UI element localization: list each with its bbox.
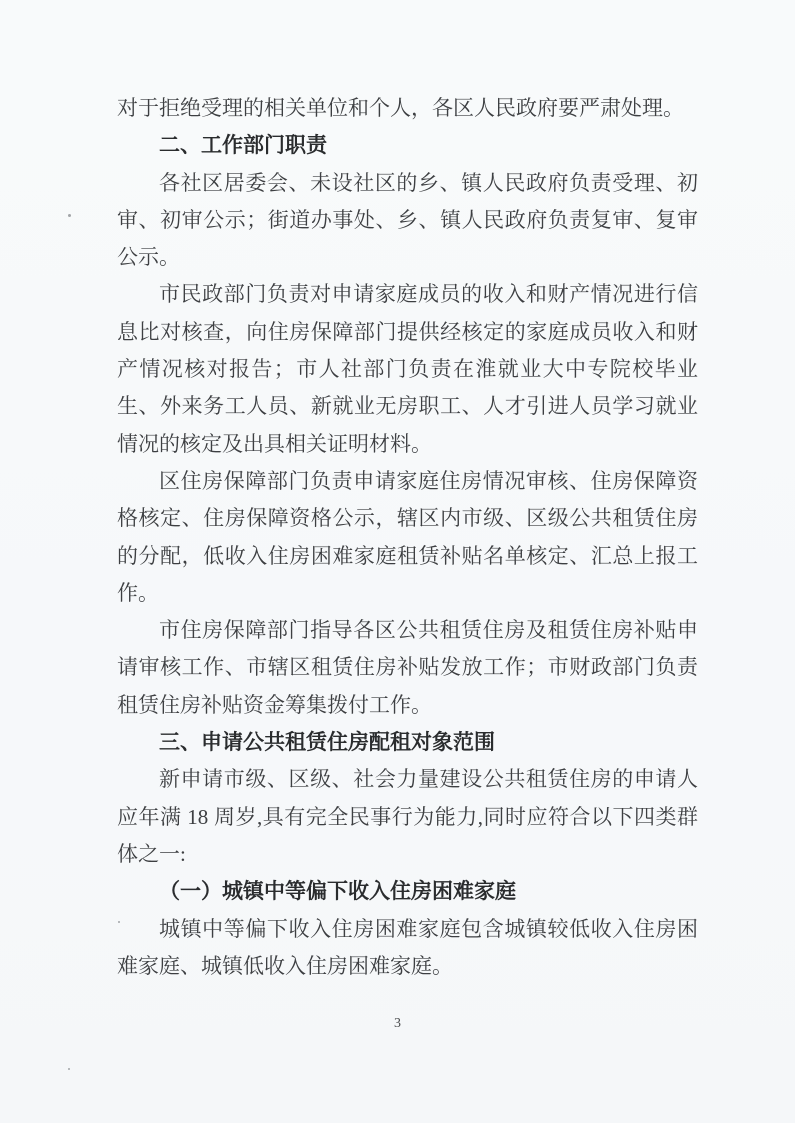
paragraph: 市住房保障部门指导各区公共租赁住房及租赁住房补贴申请审核工作、市辖区租赁住房补贴… bbox=[117, 612, 698, 724]
scan-speck bbox=[68, 1068, 70, 1070]
paragraph-continuation: 对于拒绝受理的相关单位和个人，各区人民政府要严肃处理。 bbox=[117, 90, 698, 127]
paragraph: 城镇中等偏下收入住房困难家庭包含城镇较低收入住房困难家庭、城镇低收入住房困难家庭… bbox=[117, 911, 698, 986]
section-heading-3: 三、申请公共租赁住房配租对象范围 bbox=[117, 724, 698, 761]
section-heading-2: 二、工作部门职责 bbox=[117, 127, 698, 164]
scan-speck bbox=[118, 921, 120, 923]
paragraph: 市民政部门负责对申请家庭成员的收入和财产情况进行信息比对核查，向住房保障部门提供… bbox=[117, 276, 698, 462]
page-number: 3 bbox=[0, 1016, 795, 1032]
paragraph: 新申请市级、区级、社会力量建设公共租赁住房的申请人应年满 18 周岁,具有完全民… bbox=[117, 761, 698, 873]
scan-speck bbox=[68, 214, 71, 217]
document-text-column: 对于拒绝受理的相关单位和个人，各区人民政府要严肃处理。 二、工作部门职责 各社区… bbox=[117, 90, 698, 985]
paragraph: 各社区居委会、未设社区的乡、镇人民政府负责受理、初审、初审公示；街道办事处、乡、… bbox=[117, 165, 698, 277]
document-page: 对于拒绝受理的相关单位和个人，各区人民政府要严肃处理。 二、工作部门职责 各社区… bbox=[0, 0, 795, 1123]
subsection-heading-1: （一）城镇中等偏下收入住房困难家庭 bbox=[117, 873, 698, 910]
paragraph: 区住房保障部门负责申请家庭住房情况审核、住房保障资格核定、住房保障资格公示，辖区… bbox=[117, 463, 698, 612]
